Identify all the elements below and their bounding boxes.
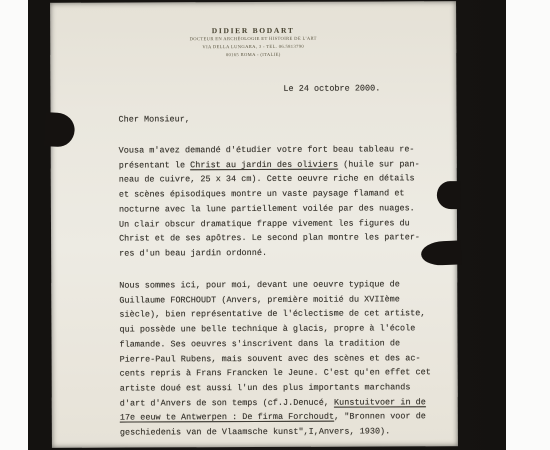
letter-line: d'art d'Anvers de son temps (cf.J.Denucé… (120, 395, 450, 411)
letter-line: nocturne avec la lune partiellement voil… (119, 201, 449, 217)
paper-edge-shadow (44, 112, 76, 147)
letter-page: DIDIER BODART DOCTEUR EN ARCHÉOLOGIE ET … (50, 1, 458, 448)
screenshot-root: DIDIER BODART DOCTEUR EN ARCHÉOLOGIE ET … (0, 0, 550, 450)
letter-line: geschiedenis van de Vlaamsche kunst",I,A… (120, 424, 450, 440)
letterhead-name: DIDIER BODART (50, 25, 456, 36)
underlined-book-title: 17e eeuw te Antwerpen : De firma Forchou… (120, 412, 334, 423)
letter-line: 17e eeuw te Antwerpen : De firma Forchou… (120, 409, 450, 425)
letter-line: siècle), bien représentative de l'éclect… (119, 307, 449, 323)
letter-line: Vousa m'avez demandé d'étudier votre for… (119, 142, 449, 158)
letter-line: Pierre-Paul Rubens, mais souvent avec de… (120, 351, 450, 367)
letter-photo-background: DIDIER BODART DOCTEUR EN ARCHÉOLOGIE ET … (28, 0, 506, 450)
underlined-artwork-title: Christ au jardin des oliviers (190, 159, 338, 170)
letter-line: res d'un beau jardin ordonné. (119, 245, 449, 261)
letterhead-city: 00165 ROMA - (ITALIE) (50, 52, 456, 61)
line-text: , "Bronnen voor de (334, 412, 426, 422)
paper-edge-shadow (421, 240, 462, 266)
paragraph-1: Vousa m'avez demandé d'étudier votre for… (119, 142, 450, 261)
salutation: Cher Monsieur, (119, 112, 190, 127)
letter-line: qui possède une belle technique à glacis… (119, 321, 449, 337)
letter-line: et scènes épisodiques montre un vaste pa… (119, 186, 449, 202)
letter-line: Nous sommes ici, pour moi, devant une oe… (119, 277, 449, 293)
letterhead-title: DOCTEUR EN ARCHÉOLOGIE ET HISTOIRE DE L'… (50, 35, 456, 44)
letter-line: Guillaume FORCHOUDT (Anvers, première mo… (119, 292, 449, 308)
letter-line: neau de cuivre, 25 x 34 cm). Cette oeuvr… (119, 172, 449, 188)
line-text: (huile sur pan- (338, 159, 420, 169)
letter-date: Le 24 octobre 2000. (283, 81, 380, 96)
paragraph-2: Nous sommes ici, pour moi, devant une oe… (119, 277, 450, 440)
letterhead-address: VIA DELLA LUNGARA, 3 - TEL. 06.5813790 (50, 44, 456, 53)
letterhead: DIDIER BODART DOCTEUR EN ARCHÉOLOGIE ET … (50, 25, 456, 60)
letter-line: cents repris à Frans Francken le Jeune. … (120, 365, 450, 381)
letter-line: flamande. Ses oeuvres s'inscrivent dans … (119, 336, 449, 352)
letter-line: présentant le Christ au jardin des olivi… (119, 157, 449, 173)
paper-edge-shadow (437, 181, 461, 209)
letter-line: Christ et de ses apôtres. Le second plan… (119, 230, 449, 246)
underlined-book-title: Kunstuitvoer in de (334, 397, 426, 407)
letter-line: artiste doué est aussi l'un des plus imp… (120, 380, 450, 396)
line-text: d'art d'Anvers de son temps (cf.J.Denucé… (120, 397, 334, 408)
line-text: présentant le (119, 160, 190, 170)
letter-line: Un clair obscur dramatique frappe viveme… (119, 216, 449, 232)
